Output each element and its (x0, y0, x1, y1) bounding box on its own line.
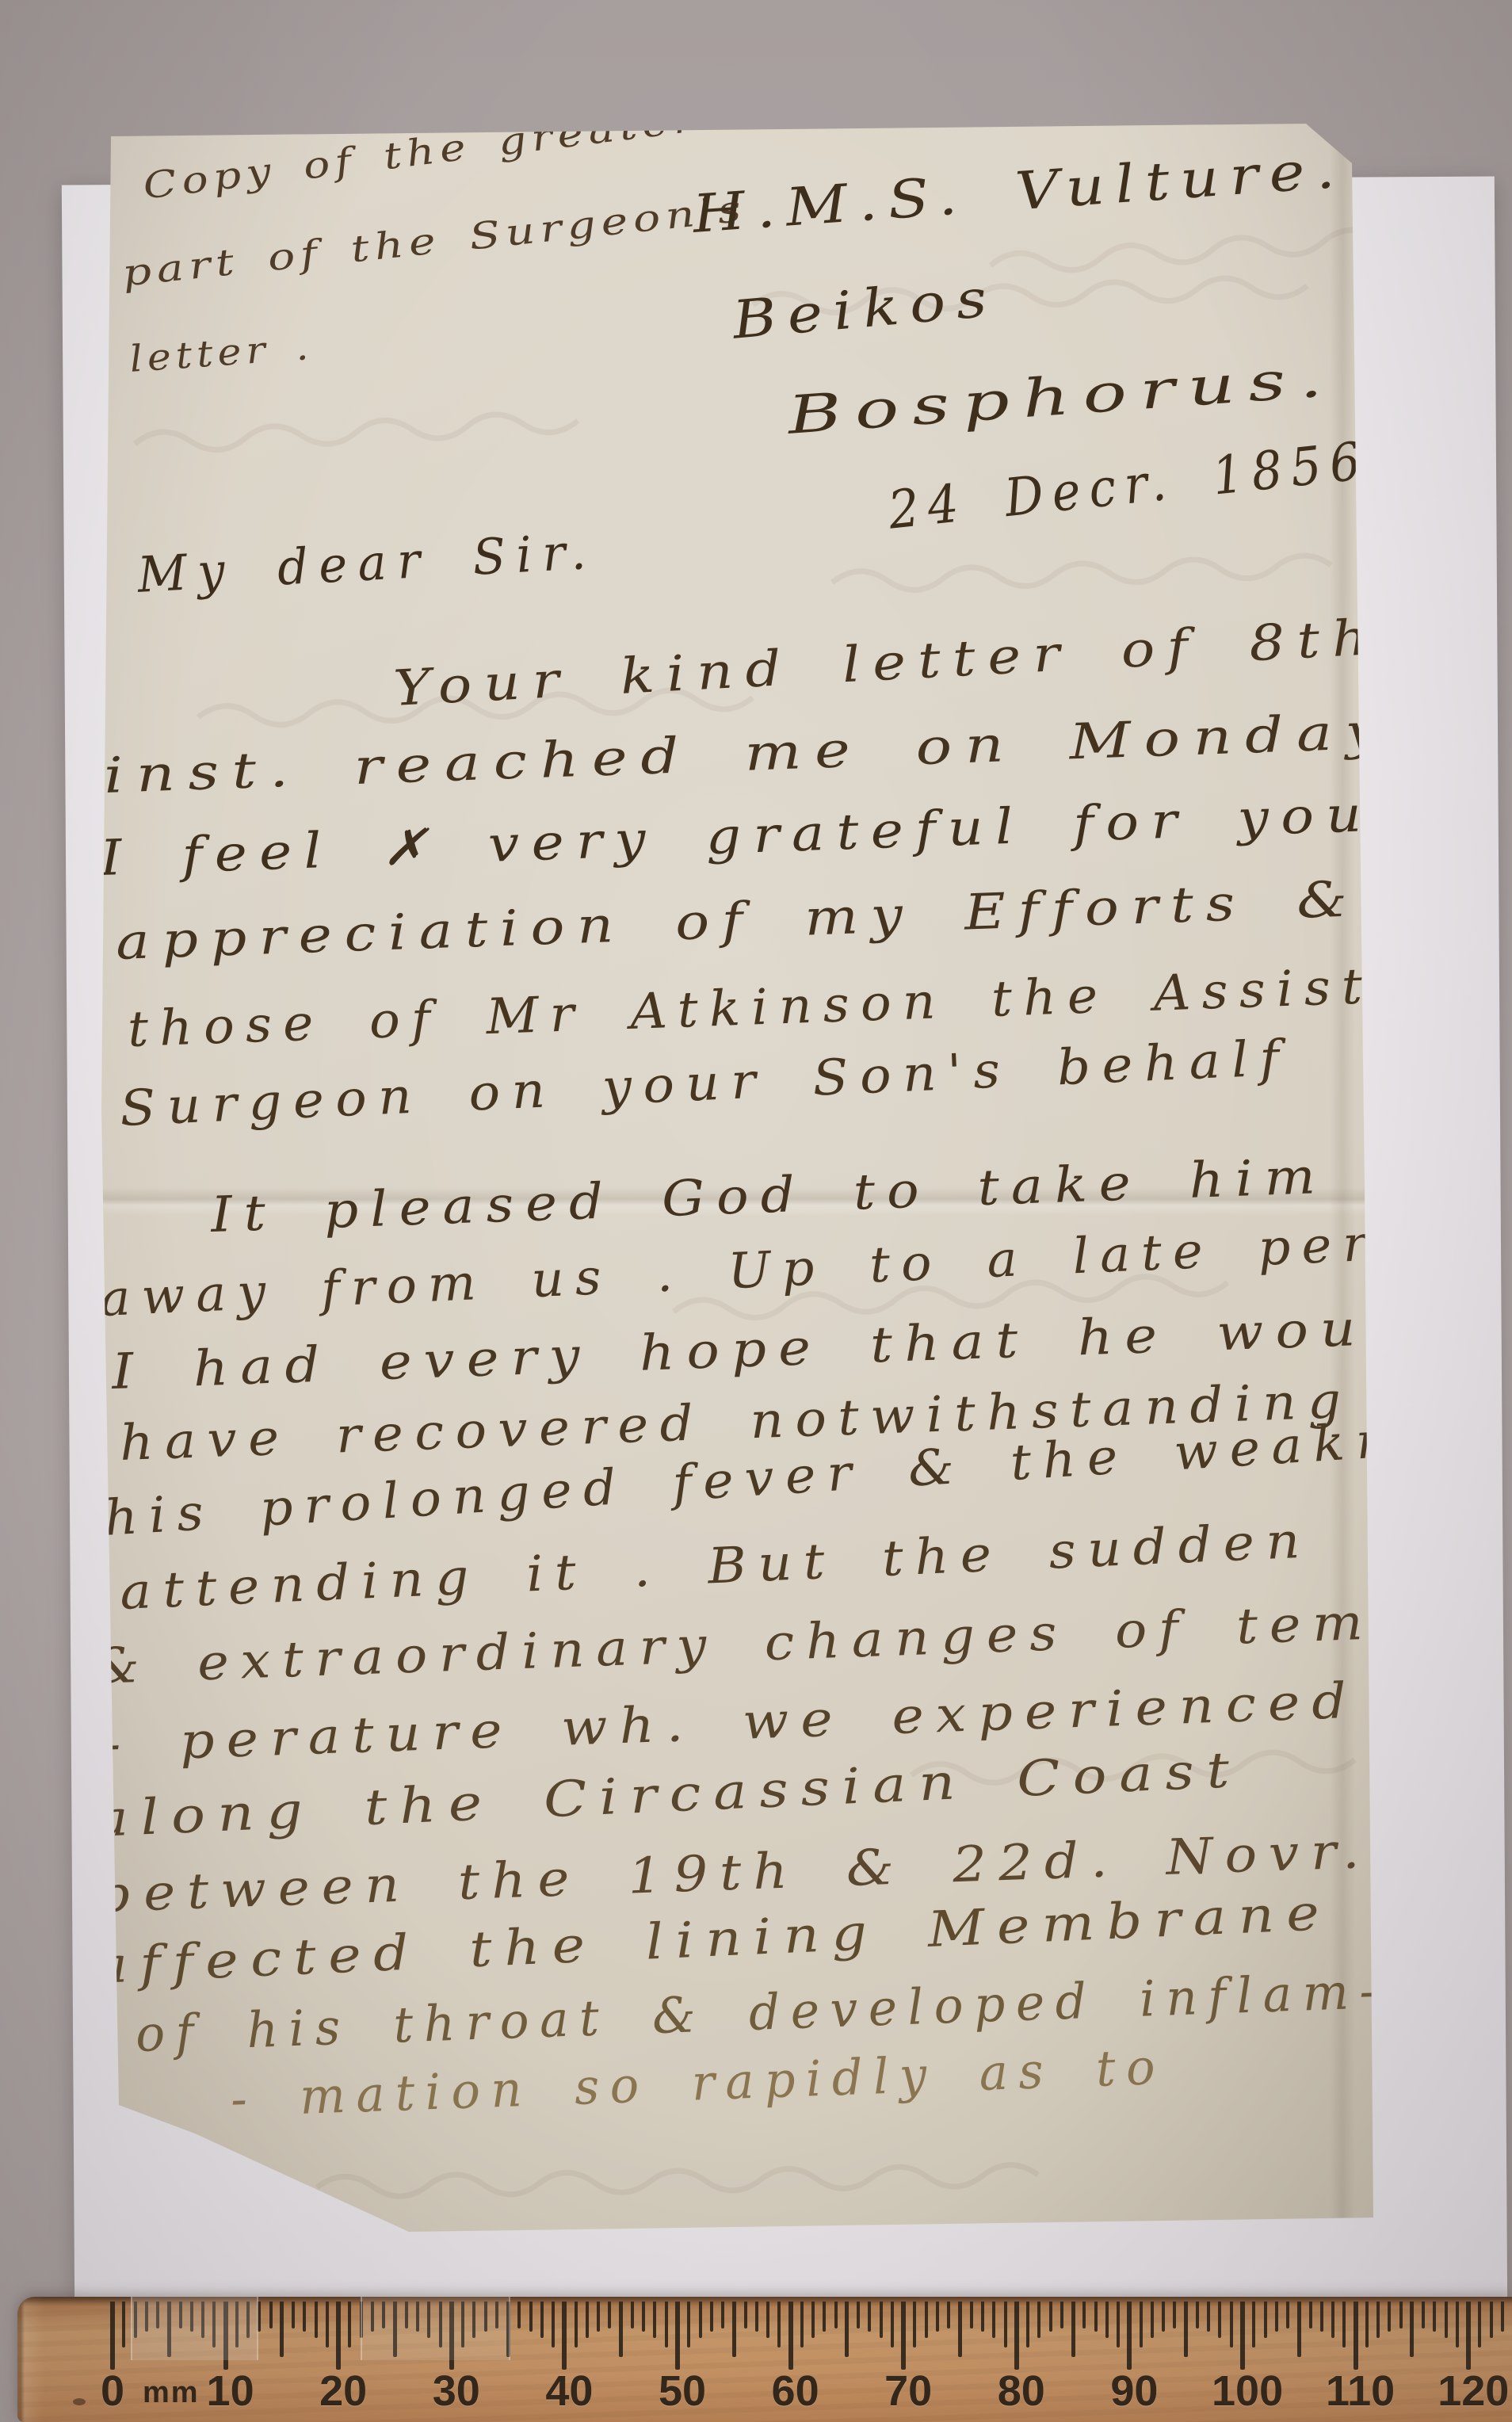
ruler-tick (891, 2302, 894, 2348)
ruler-tick (777, 2302, 781, 2348)
handwriting-line: part of the Surgeon's (120, 189, 748, 291)
ruler-tick (1196, 2302, 1199, 2328)
ruler-tick (766, 2302, 769, 2338)
ruler-tick (1456, 2302, 1459, 2348)
handwriting-line: Copy of the greater (141, 100, 701, 204)
ruler-tick (880, 2302, 883, 2338)
ruler-number: 30 (421, 2367, 492, 2416)
handwriting-line: appreciation of my Efforts & (115, 874, 1360, 967)
ruler-tick (1445, 2302, 1448, 2338)
ruler-tick (947, 2302, 950, 2328)
ruler-tick (1140, 2302, 1143, 2348)
ruler-number: 40 (533, 2367, 605, 2416)
handwriting-line: letter . (128, 328, 314, 377)
ruler-tick (540, 2302, 544, 2338)
ink-showthrough-stroke (134, 411, 578, 454)
handwriting-line: Beikos (731, 272, 999, 347)
ruler-tick (292, 2302, 295, 2328)
ruler-tick (857, 2302, 860, 2328)
ruler-tick (1230, 2302, 1233, 2348)
ruler-number: 100 (1212, 2367, 1283, 2416)
tape-strip (131, 2297, 258, 2360)
ruler-tick (631, 2302, 634, 2328)
ruler-number: 0 (77, 2367, 148, 2416)
handwriting-line: My dear Sir. (136, 527, 598, 600)
ruler-tick (529, 2302, 533, 2332)
ruler-tick (1014, 2302, 1019, 2370)
handwriting-line: H.M.S. Vulture. (691, 143, 1347, 240)
ruler-tick (1207, 2302, 1210, 2332)
ruler-tick (348, 2302, 351, 2348)
ruler-number: 50 (647, 2367, 718, 2416)
ruler-tick (1094, 2302, 1098, 2332)
ruler-tick (823, 2302, 826, 2332)
ruler-tick (1127, 2302, 1132, 2370)
ruler-tick (326, 2302, 329, 2348)
ruler-tick (1466, 2302, 1471, 2370)
ruler-tick (1297, 2302, 1301, 2357)
ruler-tick (699, 2302, 702, 2338)
ruler-tick (811, 2302, 815, 2338)
ruler-tick (1071, 2302, 1075, 2357)
ruler-tick (1082, 2302, 1086, 2328)
ruler-tick (1422, 2302, 1425, 2328)
ruler-tick (619, 2302, 623, 2357)
ruler-tick (721, 2302, 724, 2328)
ruler-tick (1240, 2302, 1245, 2370)
letter-page: Copy of the greaterpart of the Surgeon's… (0, 0, 1512, 2422)
ruler-tick (732, 2302, 736, 2357)
ruler-tick (1173, 2302, 1176, 2328)
ink-showthrough-stroke (832, 555, 1332, 593)
ruler-tick (303, 2302, 306, 2332)
ruler-tick (653, 2302, 656, 2338)
ruler-tick (1049, 2302, 1052, 2332)
ruler-tick (280, 2302, 284, 2357)
ruler-number: 10 (195, 2367, 266, 2416)
ruler-tick (122, 2302, 125, 2348)
ruler-tick (665, 2302, 668, 2348)
ruler-tick (1433, 2302, 1436, 2332)
ruler-number: 120 (1438, 2367, 1509, 2416)
ruler-tick (315, 2302, 318, 2338)
ruler-tick (562, 2302, 567, 2370)
ruler-tick (868, 2302, 871, 2332)
ruler-tick (1275, 2302, 1278, 2332)
ruler-tick (970, 2302, 973, 2328)
ruler-tick (110, 2302, 115, 2370)
ruler-tick (992, 2302, 995, 2338)
ruler-tick (901, 2302, 906, 2370)
ink-showthrough-stroke (317, 2164, 1038, 2198)
photograph-of-letter: Copy of the greaterpart of the Surgeon's… (0, 0, 1512, 2422)
ruler-tick (1286, 2302, 1289, 2328)
ruler-unit-label: mm (143, 2376, 199, 2410)
ruler-tick (336, 2302, 341, 2370)
ruler-tick (552, 2302, 555, 2348)
ruler-tick (1060, 2302, 1063, 2328)
ruler-tick (687, 2302, 690, 2348)
ruler-tick (744, 2302, 747, 2328)
ruler-tick (1218, 2302, 1221, 2338)
ruler-tick (1184, 2302, 1188, 2357)
ruler-tick (1354, 2302, 1358, 2370)
ruler-tick (913, 2302, 916, 2348)
handwriting-line: inst. reached me on Monday . (103, 703, 1478, 800)
ruler-tick (1004, 2302, 1007, 2348)
ruler-tick (936, 2302, 939, 2332)
wood-knot (73, 2398, 86, 2405)
ruler-tick (586, 2302, 589, 2338)
ruler-tick (1331, 2302, 1334, 2338)
ruler-tick (1410, 2302, 1414, 2357)
tape-strip (361, 2297, 510, 2360)
ruler-tick (958, 2302, 962, 2357)
ruler-tick (1365, 2302, 1369, 2348)
ink-showthrough-stroke (990, 228, 1379, 276)
ruler-tick (597, 2302, 600, 2332)
ruler-tick (1320, 2302, 1323, 2332)
ruler-tick (517, 2302, 521, 2328)
ruler-tick (1388, 2302, 1391, 2332)
handwriting-line: Bosphorus. (786, 352, 1337, 442)
ruler-tick (1399, 2302, 1403, 2328)
ruler-tick (1376, 2302, 1380, 2338)
ruler-tick (1490, 2302, 1493, 2338)
ruler-number: 70 (872, 2367, 944, 2416)
ruler-tick (1342, 2302, 1346, 2348)
handwriting-line: Your kind letter of 8th (392, 613, 1381, 713)
handwriting-line: 24 Decr. 1856. (886, 432, 1396, 537)
ruler-tick (925, 2302, 928, 2338)
ruler-tick (1264, 2302, 1267, 2338)
ruler-tick (1026, 2302, 1029, 2348)
ruler-tick (845, 2302, 849, 2357)
ruler-tick (608, 2302, 611, 2328)
ruler-tick (675, 2302, 680, 2370)
ruler-tick (981, 2302, 984, 2332)
ruler-tick (642, 2302, 645, 2332)
ruler-tick (710, 2302, 713, 2332)
ruler-tick (1252, 2302, 1255, 2348)
ruler-tick (1151, 2302, 1154, 2338)
ruler-tick (1478, 2302, 1481, 2348)
ruler-tick (788, 2302, 793, 2370)
ruler-number: 80 (986, 2367, 1057, 2416)
ruler-tick (1037, 2302, 1040, 2338)
ruler-number: 110 (1325, 2367, 1396, 2416)
ruler-tick (575, 2302, 578, 2348)
ruler-tick (269, 2302, 273, 2328)
ruler-tick (1162, 2302, 1165, 2332)
ruler-tick (800, 2302, 804, 2348)
ruler-tick (1105, 2302, 1109, 2338)
ruler-tick (1309, 2302, 1312, 2328)
ruler-number: 90 (1098, 2367, 1170, 2416)
ruler-tick (1501, 2302, 1504, 2332)
handwriting-line: I feel ✗ very grateful for your (99, 788, 1413, 883)
ruler-tick (834, 2302, 838, 2328)
ruler-tick (755, 2302, 758, 2332)
ruler-tick (1117, 2302, 1120, 2348)
ruler-number: 20 (307, 2367, 379, 2416)
ruler: 0102030405060708090100110120 mm (17, 2297, 1512, 2422)
ruler-number: 60 (760, 2367, 831, 2416)
